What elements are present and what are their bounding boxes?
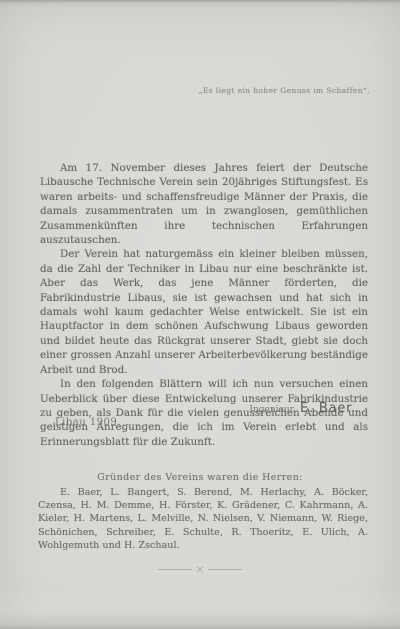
- paragraph-verein: Der Verein hat naturgemäss ein kleiner b…: [40, 247, 368, 377]
- founders-heading: Gründer des Vereins waren die Herren:: [0, 472, 400, 483]
- scanned-page: „Es liegt ein hoher Genuss im Schaffen“.…: [0, 0, 400, 629]
- paragraph-intro: Am 17. November dieses Jahres feiert der…: [40, 161, 368, 247]
- dateline: Libau 1909.: [55, 417, 121, 428]
- founders-list: E. Baer, L. Bangert, S. Berend, M. Herla…: [38, 486, 368, 552]
- divider-cross-ornament-icon: [195, 565, 205, 573]
- divider-rule-left: [158, 569, 192, 570]
- ornament-divider: [158, 565, 242, 573]
- epigraph-quote: „Es liegt ein hoher Genuss im Schaffen“.: [199, 86, 370, 95]
- signature-name: E. Baer.: [300, 401, 356, 416]
- divider-rule-right: [208, 569, 242, 570]
- signature-title: Ingenieur: [249, 405, 294, 415]
- signature-line: IngenieurE. Baer.: [249, 397, 356, 416]
